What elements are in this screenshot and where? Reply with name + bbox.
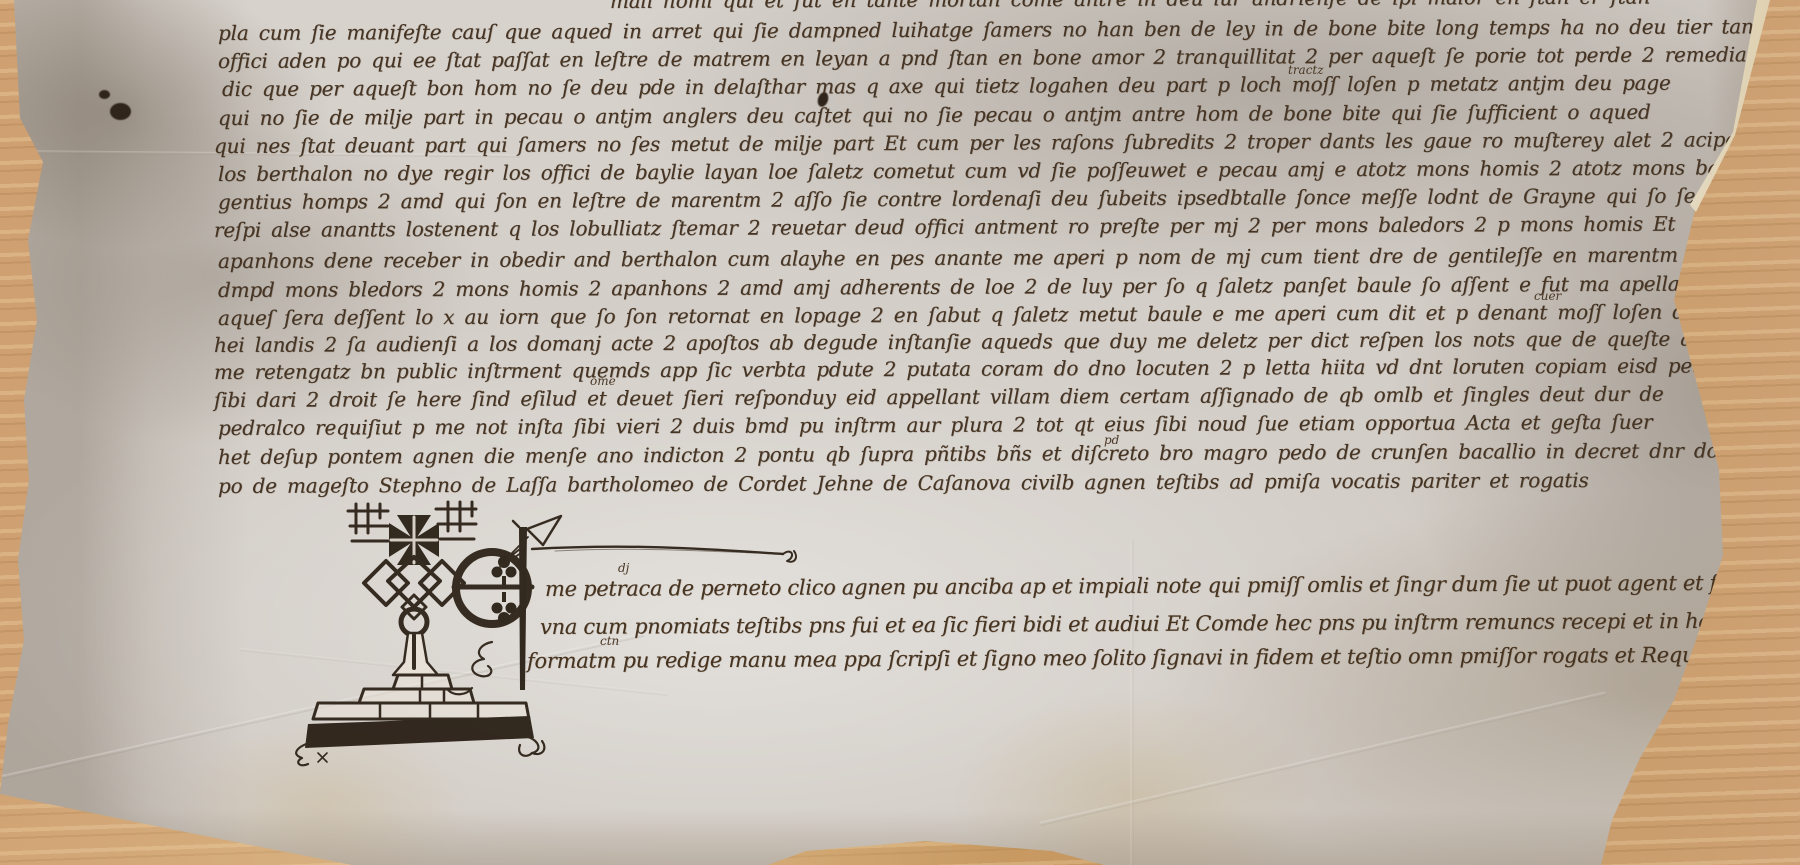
text-line: mali homi qui et ſut en tante mortan com… <box>610 0 1650 12</box>
interline-note: tractz <box>1288 64 1324 76</box>
parchment-hole <box>99 90 110 99</box>
parchment-hole <box>110 103 131 120</box>
text-line: hei landis 2 ſa audienſi a los domanj ac… <box>214 327 1717 356</box>
parchment-sheet: mali homi qui et ſut en tante mortan com… <box>0 0 1800 865</box>
text-line: het deſup pontem agnen die menſe ano ind… <box>218 439 1742 468</box>
text-line: dic que per aqueſt bon hom no ſe deu pde… <box>222 72 1671 100</box>
text-line: pedralco requiſiut p me not inſta ſibi v… <box>218 411 1652 439</box>
text-line: apanhons dene receber in obedir and bert… <box>218 243 1777 272</box>
interline-note: cuer <box>1534 290 1561 302</box>
notarial-sign-icon <box>296 502 544 765</box>
interline-note: pd <box>1104 434 1119 446</box>
text-line: qui nes ſtat deuant part qui ſamers no ſ… <box>214 128 1737 157</box>
text-line: me retengatz bn public inſtrment quemds … <box>214 354 1719 383</box>
text-line: reſpi alse anantts lostenent q los lobul… <box>214 213 1675 241</box>
text-line: ſibi dari 2 droit ſe here ſind eſilud et… <box>214 383 1664 411</box>
text-line: po de mageſto Stephno de Laſſa bartholom… <box>218 469 1589 497</box>
text-line: los berthalon no dye regir los offici de… <box>218 156 1781 185</box>
signature-line: me petraca de perneto clico agnen pu anc… <box>545 572 1779 602</box>
interline-note: ome <box>590 375 616 387</box>
text-line: offici aden po qui ee ſtat paſſat en leſ… <box>218 43 1756 72</box>
text-line: qui no ſie de milje part in pecau o antj… <box>218 101 1651 129</box>
text-line: pla cum ſie manifeſte cauſ que aqued in … <box>218 15 1754 44</box>
text-line: dmpd mons bledors 2 mons homis 2 apanhon… <box>218 272 1746 301</box>
signature-line: formatm pu redige manu mea ppa ſcripſi e… <box>527 644 1734 673</box>
text-line: gentius homps 2 amd qui ſon en leſtre de… <box>218 184 1778 213</box>
text-line: aqueſ ſera deſſent lo x au iorn que ſo ſ… <box>218 301 1697 329</box>
signature-line: vna cum pnomiats teſtibs pns fui et ea ſ… <box>540 610 1735 639</box>
photo-frame: mali homi qui et ſut en tante mortan com… <box>0 0 1800 865</box>
fold-line <box>1040 692 1606 826</box>
